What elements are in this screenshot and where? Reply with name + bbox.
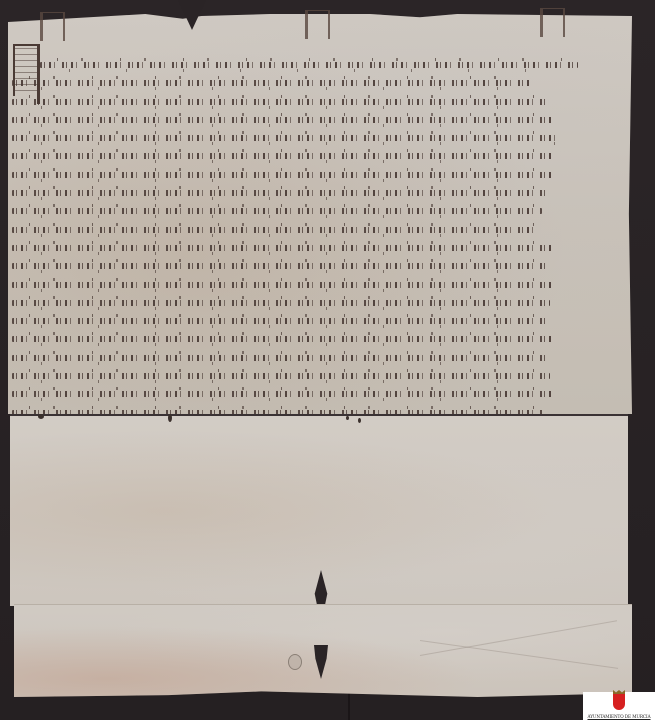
manuscript-line — [40, 276, 630, 294]
ink-spot — [346, 416, 349, 420]
handwritten-text — [12, 117, 552, 123]
handwritten-text — [12, 208, 542, 214]
handwritten-text — [40, 62, 578, 68]
manuscript-line — [40, 257, 630, 275]
manuscript-line — [40, 111, 630, 129]
handwritten-text — [12, 263, 547, 269]
manuscript-line — [40, 330, 630, 348]
coat-of-arms-icon — [613, 694, 625, 710]
manuscript-line — [40, 239, 630, 257]
handwritten-text — [12, 99, 547, 105]
ink-spot — [168, 414, 172, 422]
handwritten-text — [12, 153, 552, 159]
handwritten-text — [12, 373, 550, 379]
logo-caption: AYUNTAMIENTO DE MURCIA — [583, 714, 655, 719]
archive-logo: AYUNTAMIENTO DE MURCIA — [583, 692, 655, 720]
handwritten-text — [12, 336, 552, 342]
handwritten-text — [12, 282, 552, 288]
ornament-left — [40, 12, 65, 41]
parchment-fold-middle — [10, 414, 628, 606]
handwritten-text — [12, 355, 547, 361]
stain-ring — [288, 654, 302, 670]
ink-spot — [358, 418, 361, 423]
manuscript-line — [40, 385, 630, 403]
handwritten-text — [12, 300, 550, 306]
manuscript-text — [40, 56, 630, 459]
manuscript-line — [40, 349, 630, 367]
manuscript-line — [40, 202, 630, 220]
manuscript-line — [40, 147, 630, 165]
ink-spot — [38, 414, 44, 419]
handwritten-text — [12, 245, 554, 251]
ornament-center — [305, 10, 330, 39]
manuscript-line — [40, 312, 630, 330]
manuscript-line — [40, 166, 630, 184]
manuscript-line — [40, 129, 630, 147]
manuscript-line — [40, 294, 630, 312]
handwritten-text — [12, 227, 537, 233]
manuscript-line — [40, 367, 630, 385]
manuscript-line — [40, 93, 630, 111]
handwritten-text — [12, 172, 552, 178]
handwritten-text — [12, 391, 552, 397]
manuscript-line — [40, 184, 630, 202]
handwritten-text — [12, 80, 532, 86]
manuscript-line — [40, 221, 630, 239]
table-seam — [348, 690, 350, 720]
handwritten-text — [12, 318, 547, 324]
manuscript-line — [40, 74, 630, 92]
handwritten-text — [12, 190, 547, 196]
ornament-right — [540, 8, 565, 37]
manuscript-line — [40, 56, 630, 74]
handwritten-text — [12, 135, 557, 141]
